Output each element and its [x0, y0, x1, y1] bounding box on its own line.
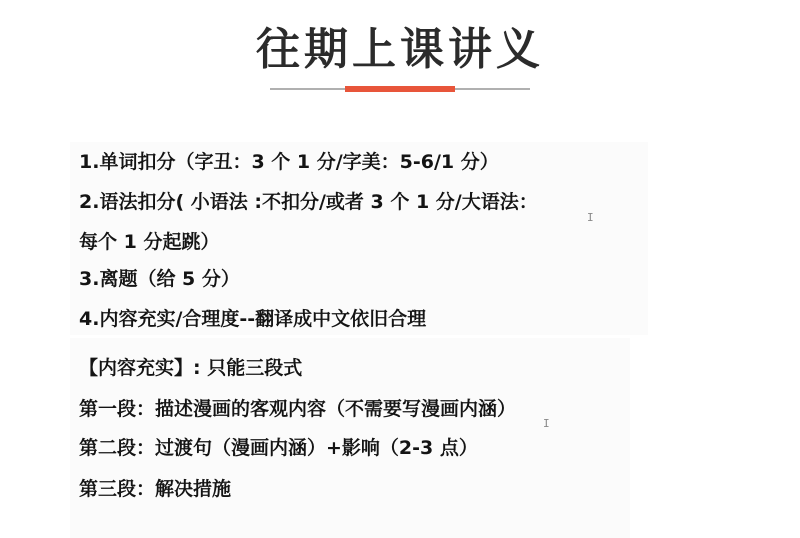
structure-paragraph-3: 第三段：解决措施 [79, 476, 231, 502]
text-cursor-icon: I [543, 418, 549, 430]
structure-paragraph-2: 第二段：过渡句（漫画内涵）+影响（2-3 点） [79, 435, 478, 461]
text-cursor-icon: I [587, 212, 593, 224]
rule-line-1: 1.单词扣分（字丑：3 个 1 分/字美：5-6/1 分） [79, 149, 499, 175]
structure-paragraph-1: 第一段：描述漫画的客观内容（不需要写漫画内涵） [79, 396, 516, 422]
content-structure-panel: 【内容充实】: 只能三段式 第一段：描述漫画的客观内容（不需要写漫画内涵） 第二… [70, 338, 630, 538]
rule-line-3: 3.离题（给 5 分） [79, 266, 240, 292]
scoring-rules-panel: 1.单词扣分（字丑：3 个 1 分/字美：5-6/1 分） 2.语法扣分( 小语… [70, 142, 648, 335]
rule-line-2: 2.语法扣分( 小语法 :不扣分/或者 3 个 1 分/大语法： [79, 189, 538, 215]
page-title: 往期上课讲义 [0, 22, 800, 78]
structure-heading: 【内容充实】: 只能三段式 [79, 355, 302, 381]
rule-line-2-continued: 每个 1 分起跳） [79, 229, 219, 255]
title-accent-bar [345, 86, 455, 92]
rule-line-4: 4.内容充实/合理度--翻译成中文依旧合理 [79, 306, 426, 332]
